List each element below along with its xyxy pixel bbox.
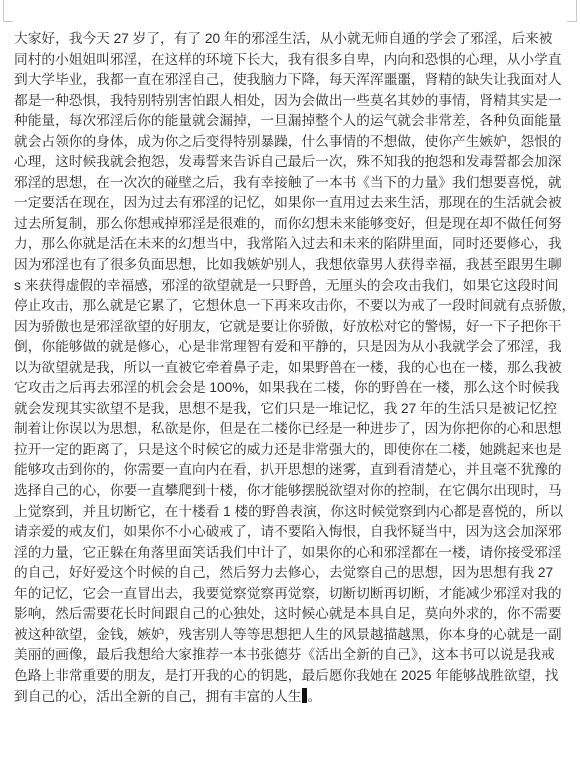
text-line[interactable]: 它攻击之后再去邪淫的机会会是 100%，如果我在二楼，你的野兽在一楼，那么这个时… [14, 378, 574, 399]
text-line[interactable]: 被这种欲望，金钱，嫉妒，残害别人等等思想把人生的风景越描越黑，你本身的心就是一副 [14, 625, 574, 646]
text-line[interactable]: 制着让你误以为思想，私欲是你，但是在二楼你已经是一种进步了，因为你把你的心和思想 [14, 419, 574, 440]
text-line[interactable]: 邪淫的思想，在一次次的碰壁之后，我有幸接触了一本书《当下的力量》我们想要喜悦，就 [14, 173, 574, 194]
text-line[interactable]: 心理，这时候我就会抱怨，发毒誓来告诉自己最后一次，殊不知我的抱怨和发毒誓都会加深 [14, 152, 574, 173]
text-line[interactable]: 停止攻击，那么就是它累了，它想休息一下再来攻击你，不要以为戒了一段时间就有点骄傲… [14, 296, 574, 317]
text-line[interactable]: 选择自己的心，你要一直攀爬到十楼，你才能够摆脱欲望对你的控制，在它偶尔出现时，马 [14, 481, 574, 502]
textframe-corner-right [567, 0, 577, 22]
text-cursor [302, 688, 307, 703]
text-line[interactable]: 因为骄傲也是邪淫欲望的好朋友，它就是要让你骄傲，好放松对它的警惕，好一下子把你干 [14, 317, 574, 338]
text-line[interactable]: 上觉察到，并且切断它，在十楼看 1 楼的野兽表演，你这时候觉察到内心都是喜悦的，… [14, 502, 574, 523]
textframe-corner-left [3, 0, 13, 22]
text-line[interactable]: 大家好，我今天 27 岁了，有了 20 年的邪淫生活，从小就无师自通的学会了邪淫… [14, 29, 574, 50]
text-line[interactable]: 过去所复制，那么你想戒掉邪淫是很难的，而你幻想未来能够变好，但是现在却不做任何努 [14, 214, 574, 235]
text-line[interactable]: s 来获得虚假的幸福感，邪淫的欲望就是一只野兽，无厘头的会攻击我们，如果它这段时… [14, 276, 574, 297]
text-line[interactable]: 美丽的画像，最后我想给大家推荐一本书张德芬《活出全新的自己》，这本书可以说是我戒 [14, 645, 574, 666]
text-line[interactable]: 一定要活在现在，因为过去有邪淫的记忆，如果你一直用过去来生活，那现在的生活就会被 [14, 193, 574, 214]
text-line[interactable]: 淫的力量，它正躲在角落里面笑话我们中计了，如果你的心和邪淫都在一楼，请你接受邪淫 [14, 543, 574, 564]
text-line[interactable]: 因为邪淫也有了很多负面思想，比如我嫉妒别人，我想依靠男人获得幸福，我甚至跟男生聊 [14, 255, 574, 276]
text-line[interactable]: 拉开一定的距离了，只是这个时候它的威力还是非常强大的，即使你在二楼，她跳起来也是 [14, 440, 574, 461]
text-line[interactable]: 同村的小姐姐叫邪淫，在这样的环境下长大，我有很多自卑，内向和恐惧的心理，从小学直 [14, 50, 574, 71]
text-line[interactable]: 的自己，好好爱这个时候的自己，然后努力去修心，去觉察自己的思想，因为思想有我 2… [14, 563, 574, 584]
text-line[interactable]: 倒，你能够做的就是修心，心是非常理智有爱和平静的，只是因为从小我就学会了邪淫，我 [14, 337, 574, 358]
text-line[interactable]: 请亲爱的戒友们，如果你不小心破戒了，请不要陷入悔恨，自我怀疑当中，因为这会加深邪 [14, 522, 574, 543]
text-line[interactable]: 到自己的心，活出全新的自己，拥有丰富的人生。 [14, 687, 574, 708]
text-line[interactable]: 能够攻击到你的，你需要一直向内在看，扒开思想的迷雾，直到看清楚心，并且毫不犹豫的 [14, 460, 574, 481]
text-line[interactable]: 到大学毕业，我都一直在邪淫自己，使我脑力下降，每天浑浑噩噩，肾精的缺失让我面对人 [14, 70, 574, 91]
text-line[interactable]: 以为欲望就是我，所以一直被它牵着鼻子走，如果野兽在一楼，我的心也在一楼，那么我被 [14, 358, 574, 379]
document-page: 大家好，我今天 27 岁了，有了 20 年的邪淫生活，从小就无师自通的学会了邪淫… [0, 0, 580, 758]
text-line[interactable]: 就会占领你的身体，成为你之后变得特别暴躁，什么事情的不想做，使你产生嫉妒，怨恨的 [14, 132, 574, 153]
text-line[interactable]: 力，那么你就是活在未来的幻想当中，我常陷入过去和未来的陷阱里面，同时还要修心，我 [14, 234, 574, 255]
body-text[interactable]: 大家好，我今天 27 岁了，有了 20 年的邪淫生活，从小就无师自通的学会了邪淫… [14, 29, 574, 707]
text-line[interactable]: 年的记忆，它会一直冒出去，我要觉察觉察再觉察，切断切断再切断，才能减少邪淫对我的 [14, 584, 574, 605]
text-line[interactable]: 都是一种恐惧，我特别特别害怕跟人相处，因为会做出一些莫名其妙的事情，肾精其实是一 [14, 91, 574, 112]
text-line[interactable]: 种能量，每次邪淫后你的能量就会漏掉，一旦漏掉整个人的运气就会非常差，各种负面能量 [14, 111, 574, 132]
text-line[interactable]: 就会发现其实欲望不是我，思想不是我，它们只是一堆记忆，我 27 年的生活只是被记… [14, 399, 574, 420]
text-line[interactable]: 色路上非常重要的朋友，是打开我的心的钥匙，最后愿你我她在 2025 年能够战胜欲… [14, 666, 574, 687]
text-line[interactable]: 影响，然后需要花长时间跟自己的心独处，这时候心就是本具自足，莫向外求的，你不需要 [14, 604, 574, 625]
